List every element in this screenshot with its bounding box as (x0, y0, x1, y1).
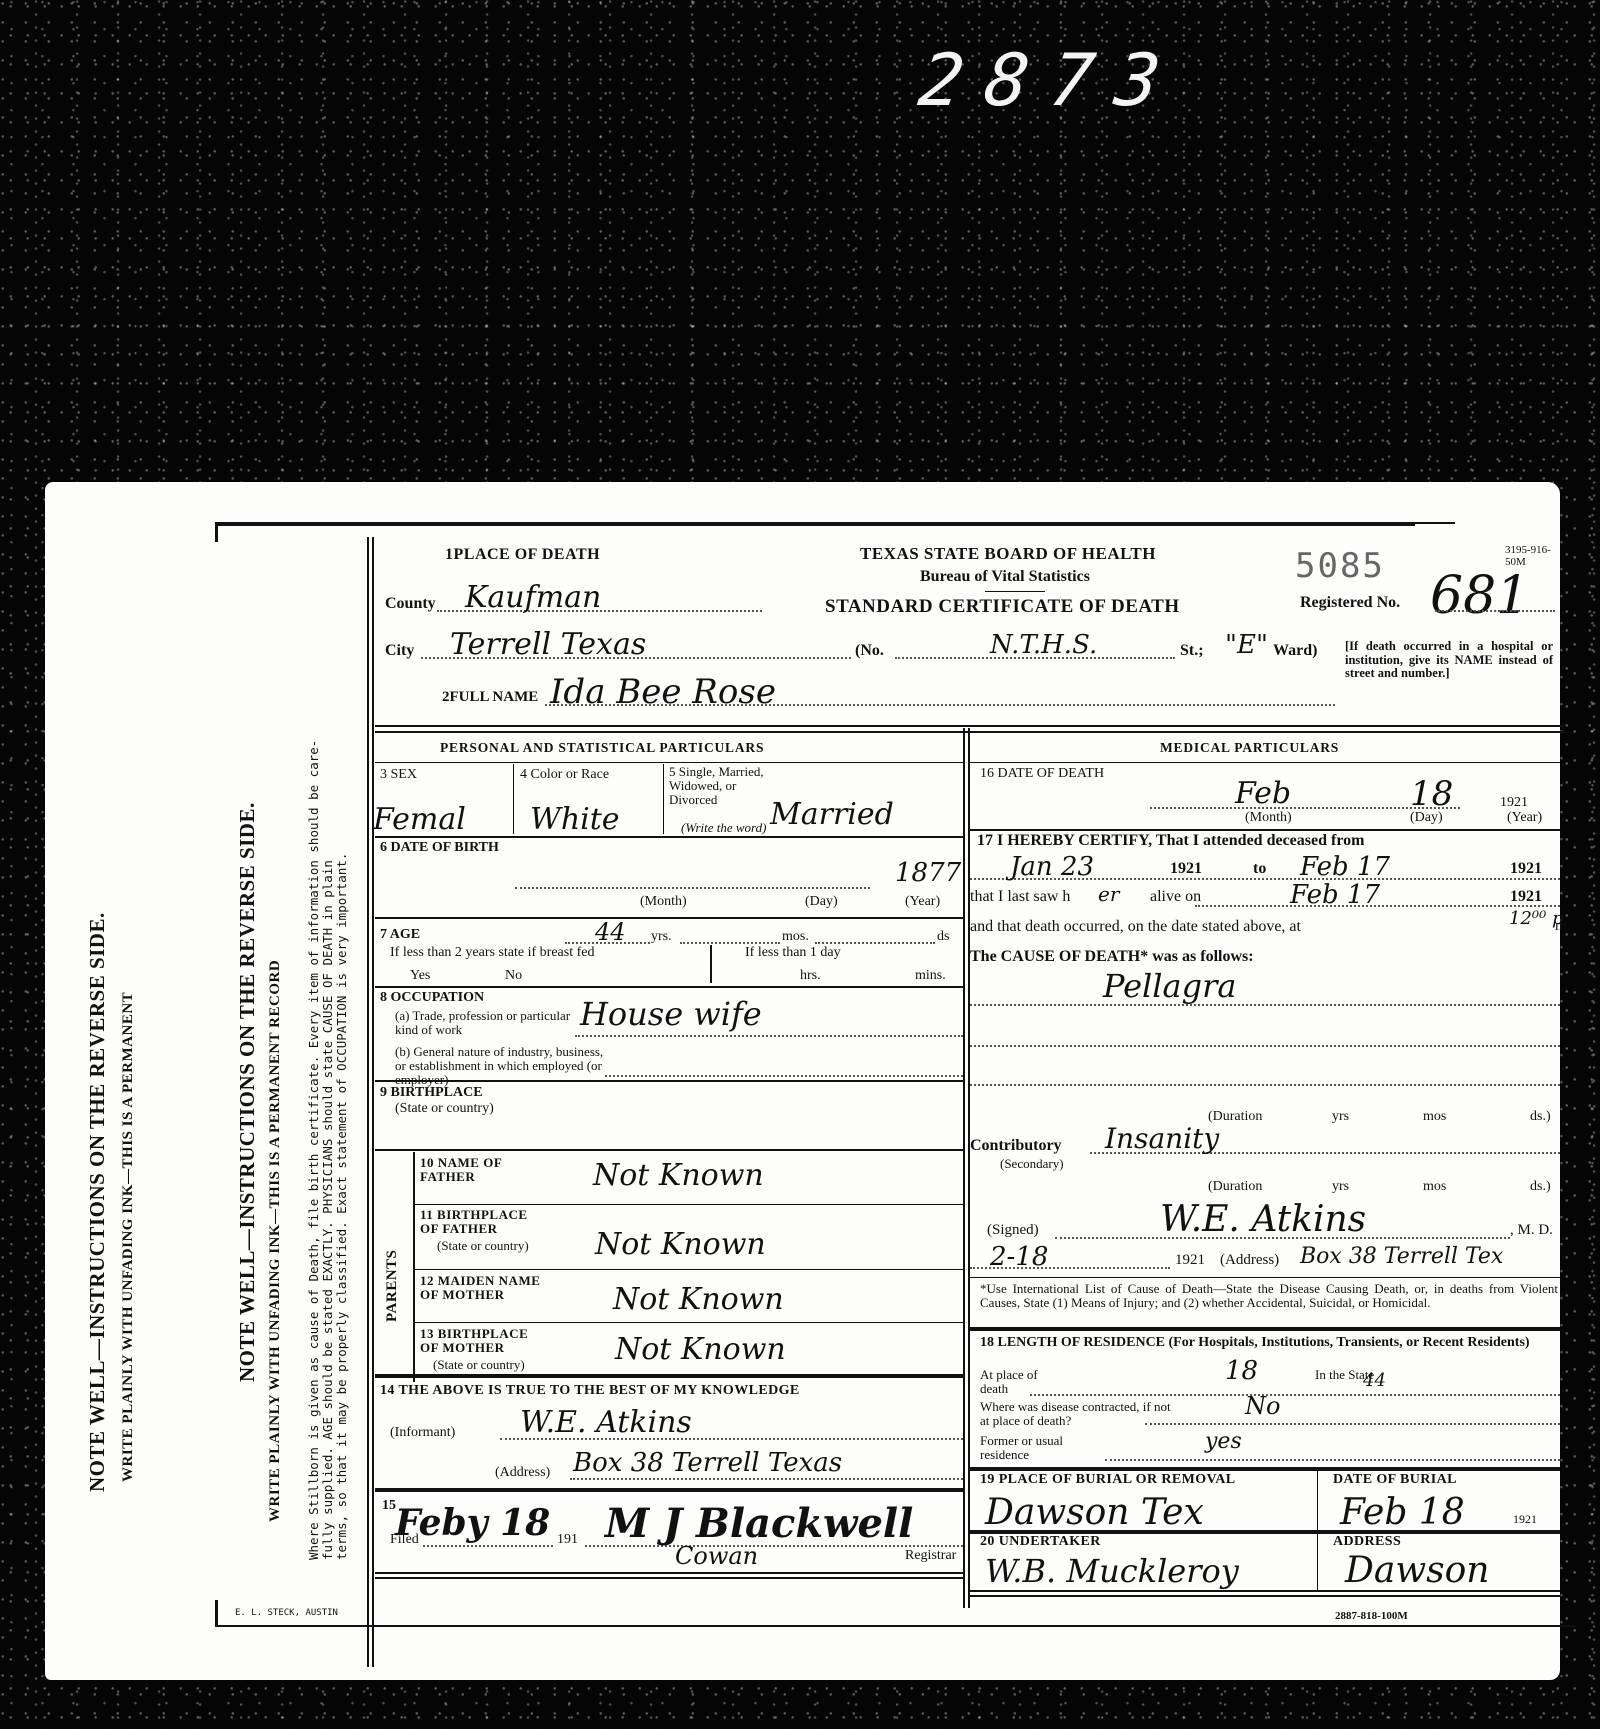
last-saw-pronoun: er (1098, 882, 1119, 906)
secondary-label: (Secondary) (1000, 1156, 1064, 1172)
registered-number: 681 (1430, 566, 1529, 626)
sex-value: Femal (373, 802, 466, 837)
undertaker-label: 20 UNDERTAKER (980, 1534, 1101, 1550)
md-label: , M. D. (1510, 1222, 1553, 1239)
ward-value: "E" (1225, 630, 1268, 660)
cause-footnote: *Use International List of Cause of Deat… (980, 1282, 1558, 1310)
street-number-label: (No. (855, 642, 884, 660)
father-birthplace-sub: (State or country) (437, 1238, 529, 1254)
rule (513, 764, 514, 834)
death-time-suffix: m. (1555, 918, 1570, 935)
cause-line-3 (970, 1084, 1560, 1086)
burial-place-label: 19 PLACE OF BURIAL OR REMOVAL (980, 1472, 1235, 1488)
personal-section-title: PERSONAL AND STATISTICAL PARTICULARS (440, 740, 764, 756)
age-ds-dots (815, 942, 935, 944)
full-name-label: 2FULL NAME (442, 689, 538, 706)
contributory-label: Contributory (970, 1137, 1062, 1155)
city-value: Terrell Texas (450, 627, 646, 662)
age-mos-dots (680, 942, 780, 944)
informant-address-value: Box 38 Terrell Texas (573, 1448, 842, 1478)
contracted-dots (1145, 1423, 1560, 1425)
bureau-name: Bureau of Vital Statistics (920, 568, 1090, 586)
registrar-label: Registrar (905, 1548, 956, 1564)
less-than-day-label: If less than 1 day (745, 945, 841, 961)
cause-duration-yrs: yrs (1332, 1109, 1349, 1125)
dob-label: 6 DATE OF BIRTH (380, 840, 499, 856)
street-value: N.T.H.S. (990, 630, 1097, 660)
age-years-value: 44 (595, 918, 626, 946)
father-birthplace-label: 11 BIRTHPLACE OF FATHER (420, 1208, 540, 1236)
instructions-line-2: fully supplied. AGE should be stated EXA… (321, 860, 335, 1560)
filed-dots (423, 1545, 553, 1547)
breast-fed-yes: Yes (410, 968, 430, 984)
rule (375, 917, 963, 919)
age-yrs-unit: yrs. (651, 929, 672, 945)
cause-line-1 (970, 1004, 1560, 1006)
form-footer-code: 2887-818-100M (1335, 1610, 1408, 1622)
alive-on-text: alive on (1150, 888, 1201, 906)
rule (970, 1590, 1560, 1597)
informant-address-label: (Address) (495, 1465, 550, 1481)
dod-label: 16 DATE OF DEATH (980, 766, 1104, 782)
former-dots (1105, 1459, 1560, 1461)
undertaker-address-value: Dawson (1345, 1550, 1489, 1591)
informant-value: W.E. Atkins (520, 1405, 692, 1440)
ward-label: Ward) (1273, 642, 1317, 660)
attended-to-year: 1921 (1510, 860, 1542, 878)
registered-label: Registered No. (1300, 594, 1400, 612)
last-saw-text: that I last saw h (970, 888, 1070, 906)
cause-of-death-value: Pellagra (1103, 967, 1236, 1005)
attended-to-value: Feb 17 (1300, 852, 1390, 882)
dod-month-value: Feb (1235, 776, 1291, 811)
race-label: 4 Color or Race (520, 767, 609, 783)
rule (970, 762, 1560, 763)
mother-maiden-label: 12 MAIDEN NAME OF MOTHER (420, 1274, 550, 1302)
top-border (215, 522, 1415, 526)
marital-hint: (Write the word) (681, 821, 766, 835)
write-plainly-text-2: WRITE PLAINLY WITH UNFADING INK—THIS IS … (267, 960, 284, 1522)
cause-line-2 (970, 1045, 1560, 1047)
mother-birthplace-label: 13 BIRTHPLACE OF MOTHER (420, 1327, 540, 1355)
signed-date-dots (970, 1267, 1170, 1269)
registrar-sub-signature: Cowan (675, 1542, 758, 1570)
attended-from-year: 1921 (1170, 860, 1202, 878)
city-label: City (385, 642, 414, 660)
dob-year-value: 1877 (895, 858, 961, 888)
certify-text: 17 I HEREBY CERTIFY, That I attended dec… (977, 832, 1364, 850)
former-residence-label: Former or usual residence (980, 1434, 1100, 1462)
registrar-signature: M J Blackwell (605, 1500, 913, 1547)
burial-date-value: Feb 18 (1340, 1492, 1465, 1533)
medical-section-title: MEDICAL PARTICULARS (1160, 740, 1339, 756)
residence-dots (1030, 1394, 1560, 1396)
county-value: Kaufman (465, 580, 601, 615)
rule (375, 1572, 963, 1579)
contributory-duration-mos: mos (1423, 1179, 1446, 1195)
attended-from-value: Jan 23 (1010, 852, 1094, 882)
contributory-duration-yrs: yrs (1332, 1179, 1349, 1195)
mother-birthplace-value: Not Known (615, 1332, 786, 1367)
county-label: County (385, 595, 436, 613)
last-saw-year: 1921 (1510, 888, 1542, 906)
occupation-b-dots (605, 1075, 963, 1077)
death-time-text: and that death occurred, on the date sta… (970, 918, 1301, 936)
rule (375, 762, 963, 763)
burial-year: 1921 (1513, 1512, 1537, 1527)
board-name: TEXAS STATE BOARD OF HEALTH (860, 544, 1156, 564)
printer-mark: E. L. STECK, AUSTIN (235, 1606, 338, 1620)
contributory-duration-label: (Duration (1208, 1179, 1262, 1195)
rule (413, 1322, 963, 1323)
occupation-a-label: (a) Trade, profession or particular kind… (395, 1009, 585, 1037)
breast-fed-label: If less than 2 years state if breast fed (390, 945, 594, 961)
signed-year: 1921 (1175, 1252, 1205, 1269)
dob-day-caption: (Day) (805, 894, 838, 910)
rule (663, 764, 664, 834)
occupation-a-value: House wife (580, 995, 762, 1033)
race-value: White (530, 802, 620, 837)
rule (375, 1080, 963, 1082)
place-of-death-label: 1PLACE OF DEATH (445, 546, 600, 564)
cause-duration-mos: mos (1423, 1109, 1446, 1125)
undertaker-value: W.B. Muckleroy (985, 1552, 1239, 1590)
physician-address-value: Box 38 Terrell Tex (1300, 1244, 1503, 1269)
at-place-label: At place of death (980, 1368, 1040, 1396)
corner-mark (215, 522, 218, 542)
burial-place-value: Dawson Tex (985, 1492, 1204, 1533)
dod-year-caption: (Year) (1507, 810, 1542, 826)
occupation-a-dots (575, 1035, 963, 1037)
write-plainly-text: WRITE PLAINLY WITH UNFADING INK—THIS IS … (120, 992, 137, 1482)
sex-label: 3 SEX (380, 767, 417, 783)
hrs-unit: hrs. (800, 968, 821, 984)
corner-mark-bottom (215, 1600, 218, 1626)
father-birthplace-value: Not Known (595, 1227, 766, 1262)
stamp-number: 5085 (1295, 546, 1385, 586)
age-ds-unit: ds (937, 929, 949, 945)
mins-unit: mins. (915, 968, 946, 984)
in-state-yrs-value: 44 (1363, 1370, 1386, 1391)
dob-month-caption: (Month) (640, 894, 687, 910)
note-well-text-2: NOTE WELL—INSTRUCTIONS ON THE REVERSE SI… (235, 802, 260, 1382)
informant-address-dots (570, 1478, 963, 1480)
physician-address-label: (Address) (1220, 1252, 1279, 1269)
rule (413, 1152, 415, 1382)
physician-signature: W.E. Atkins (1160, 1199, 1366, 1240)
age-mos-unit: mos. (782, 929, 809, 945)
burial-date-label: DATE OF BURIAL (1333, 1472, 1457, 1488)
header-separator (375, 725, 1565, 733)
certificate-title: STANDARD CERTIFICATE OF DEATH (825, 596, 1180, 618)
at-place-ds-value: 18 (1225, 1356, 1258, 1386)
street-label: St.; (1180, 642, 1204, 660)
bottom-border (215, 1625, 1575, 1627)
former-residence-value: yes (1205, 1429, 1242, 1454)
contracted-value: No (1245, 1392, 1280, 1420)
rule (970, 1327, 1560, 1331)
dob-year-caption: (Year) (905, 894, 940, 910)
age-label: 7 AGE (380, 927, 420, 943)
rule (710, 945, 712, 983)
rule (413, 1269, 963, 1270)
hospital-note: [If death occurred in a hospital or inst… (1345, 640, 1553, 681)
rule (970, 1277, 1560, 1278)
father-name-label: 10 NAME OF FATHER (420, 1156, 520, 1184)
title-rule (985, 591, 1045, 592)
signed-label: (Signed) (987, 1222, 1039, 1239)
mother-birthplace-sub: (State or country) (433, 1357, 525, 1373)
rule (375, 1374, 963, 1378)
to-label: to (1253, 860, 1266, 878)
mother-maiden-value: Not Known (613, 1282, 784, 1317)
breast-fed-no: No (505, 968, 522, 984)
rule (970, 1467, 1560, 1471)
full-name-value: Ida Bee Rose (550, 672, 776, 712)
residence-heading: 18 LENGTH OF RESIDENCE (For Hospitals, I… (980, 1335, 1558, 1350)
father-name-value: Not Known (593, 1158, 764, 1193)
microfilm-frame-number: 2873 (914, 38, 1187, 122)
occupation-label: 8 OCCUPATION (380, 990, 484, 1006)
rule (375, 1149, 963, 1151)
birthplace-sub: (State or country) (395, 1101, 494, 1117)
birthplace-label: 9 BIRTHPLACE (380, 1085, 483, 1101)
dod-month-caption: (Month) (1245, 810, 1292, 826)
left-form-border (367, 537, 374, 1667)
filed-number: 15 (382, 1498, 396, 1514)
instructions-line-3: terms, so that it may be properly classi… (335, 853, 349, 1560)
death-certificate: NOTE WELL—INSTRUCTIONS ON THE REVERSE SI… (45, 482, 1560, 1680)
registered-dots (1435, 610, 1555, 612)
rule (375, 986, 963, 988)
contributory-value: Insanity (1105, 1122, 1219, 1155)
form-code: 3195-916-50M (1505, 544, 1560, 568)
dod-year-value: 1921 (1500, 795, 1528, 811)
marital-label: 5 Single, Married, Widowed, or Divorced (669, 765, 764, 807)
informant-heading: 14 THE ABOVE IS TRUE TO THE BEST OF MY K… (380, 1383, 800, 1399)
dod-day-value: 18 (1410, 774, 1453, 814)
rule (413, 1204, 963, 1205)
undertaker-address-label: ADDRESS (1333, 1534, 1401, 1550)
parents-label: PARENTS (384, 1250, 401, 1322)
filed-value: Feby 18 (395, 1502, 550, 1544)
rule (375, 1488, 963, 1492)
last-saw-dots (1195, 905, 1560, 907)
instructions-line-1: Where Stillborn is given as cause of Dea… (307, 740, 321, 1560)
column-divider (963, 728, 970, 1608)
marital-value: Married (770, 797, 894, 832)
cause-duration-ds: ds.) (1530, 1109, 1551, 1125)
rule (375, 836, 963, 838)
filed-year-prefix: 191 (557, 1532, 578, 1548)
dob-dots (515, 887, 870, 889)
informant-label: (Informant) (390, 1425, 455, 1441)
note-well-text: NOTE WELL—INSTRUCTIONS ON THE REVERSE SI… (85, 912, 110, 1492)
dod-day-caption: (Day) (1410, 810, 1443, 826)
rule (970, 829, 1560, 831)
top-border-end (1415, 522, 1455, 524)
contributory-duration-ds: ds.) (1530, 1179, 1551, 1195)
cause-heading: The CAUSE OF DEATH* was as follows: (970, 948, 1254, 966)
